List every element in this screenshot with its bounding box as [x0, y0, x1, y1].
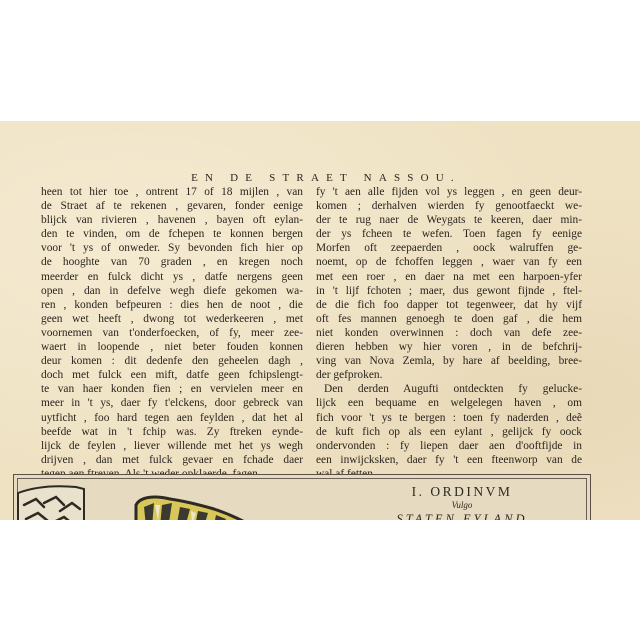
map-title-cartouche: I. ORDINVM Vulgo STATEN EYLAND	[382, 484, 542, 520]
map-title-line1: I. ORDINVM	[382, 484, 542, 500]
text-line: der ys fcheen te wefen. Toen fagen fy ee…	[316, 227, 582, 241]
text-line: open , dan in defelve wegh diefe gekomen…	[41, 284, 303, 298]
text-line: de hooghte van 70 graden , en kregen noc…	[41, 255, 303, 269]
map-title-line2: Vulgo	[382, 500, 542, 511]
text-line: geen wet heeft , dwong tot wederkeeren ,…	[41, 312, 303, 326]
text-line: te van haer konden fien ; en vervielen m…	[41, 382, 303, 396]
text-line: lijck een bequame en welgelegen haven , …	[316, 396, 582, 410]
text-line: meer in 't ys, daer fy t'elckens, door g…	[41, 396, 303, 410]
text-line: doch met fulck een mift, datfe geen fchi…	[41, 368, 303, 382]
text-line: voor 't ys of onweder. Sy bevonden fich …	[41, 241, 303, 255]
text-line: een inwijcksken, daer fy 't een fteenwor…	[316, 453, 582, 467]
text-line: voornemen van t'onderfoecken, of fy, mee…	[41, 326, 303, 340]
text-line: beefde wat in 't fchip was. Zy ftreken e…	[41, 425, 303, 439]
text-line: Den derden Augufti ontdeckten fy gelucke…	[316, 382, 582, 396]
text-line: ren , konden befpeuren : dies hen de noo…	[41, 298, 303, 312]
text-line: ondervonden : fy liepen daer aen d'ooftf…	[316, 439, 582, 453]
engraved-map: I. ORDINVM Vulgo STATEN EYLAND	[13, 474, 591, 520]
text-line: lijck de feylen , liever willende met he…	[41, 439, 303, 453]
text-line: waert in loopende , niet beter fouden ko…	[41, 340, 303, 354]
text-line: drijven , dan met fulck gevaer en fchade…	[41, 453, 303, 467]
text-line: niet konden overwinnen : doch van defe z…	[316, 326, 582, 340]
text-line: dieren hebben wy hier voren , in de befc…	[316, 340, 582, 354]
text-line: der gefproken.	[316, 368, 582, 382]
text-line: der te rug naer de Weygats te keeren, da…	[316, 213, 582, 227]
left-text-column: heen tot hier toe , ontrent 17 of 18 mij…	[41, 185, 303, 481]
right-text-column: fy 't aen alle fijden vol ys leggen , en…	[316, 185, 582, 481]
text-line: ving van Nova Zemla, by hare af beelding…	[316, 354, 582, 368]
text-line: met een roer , en daer na met een harpoe…	[316, 270, 582, 284]
text-line: de kuft fich op als een eylant , gelijck…	[316, 425, 582, 439]
text-line: uytficht , foo hard tegen aen feylden , …	[41, 411, 303, 425]
text-line: komen ; derhalven wierden fy genootfaeck…	[316, 199, 582, 213]
map-title-line3: STATEN EYLAND	[382, 511, 542, 520]
text-line: heen tot hier toe , ontrent 17 of 18 mij…	[41, 185, 303, 199]
text-line: Morfen oft zeepaerden , oock walruffen g…	[316, 241, 582, 255]
text-line: de Straet af te rekenen , gevaren, fonde…	[41, 199, 303, 213]
book-page: EN DE STRAET NASSOU. heen tot hier toe ,…	[0, 121, 640, 520]
text-line: in 't lijf fchoten ; maer, dus gewont fi…	[316, 284, 582, 298]
running-head: EN DE STRAET NASSOU.	[0, 172, 640, 184]
text-line: de die fich foo dapper tot tegenweer, da…	[316, 298, 582, 312]
text-line: oft fes mannen genoegh te doen gaf , die…	[316, 312, 582, 326]
text-line: noemt, op de fchoffen leggen , waer van …	[316, 255, 582, 269]
text-line: fich voor 't ys te bergen : toen fy nade…	[316, 411, 582, 425]
text-line: meerder en fulck dicht ys , datfe nergen…	[41, 270, 303, 284]
text-line: deur komen : dit dedenfe den geheelen da…	[41, 354, 303, 368]
text-line: fy 't aen alle fijden vol ys leggen , en…	[316, 185, 582, 199]
text-line: den te vinden, om de fchepen te konnen b…	[41, 227, 303, 241]
text-line: blijck van rivieren , havenen , bayen of…	[41, 213, 303, 227]
